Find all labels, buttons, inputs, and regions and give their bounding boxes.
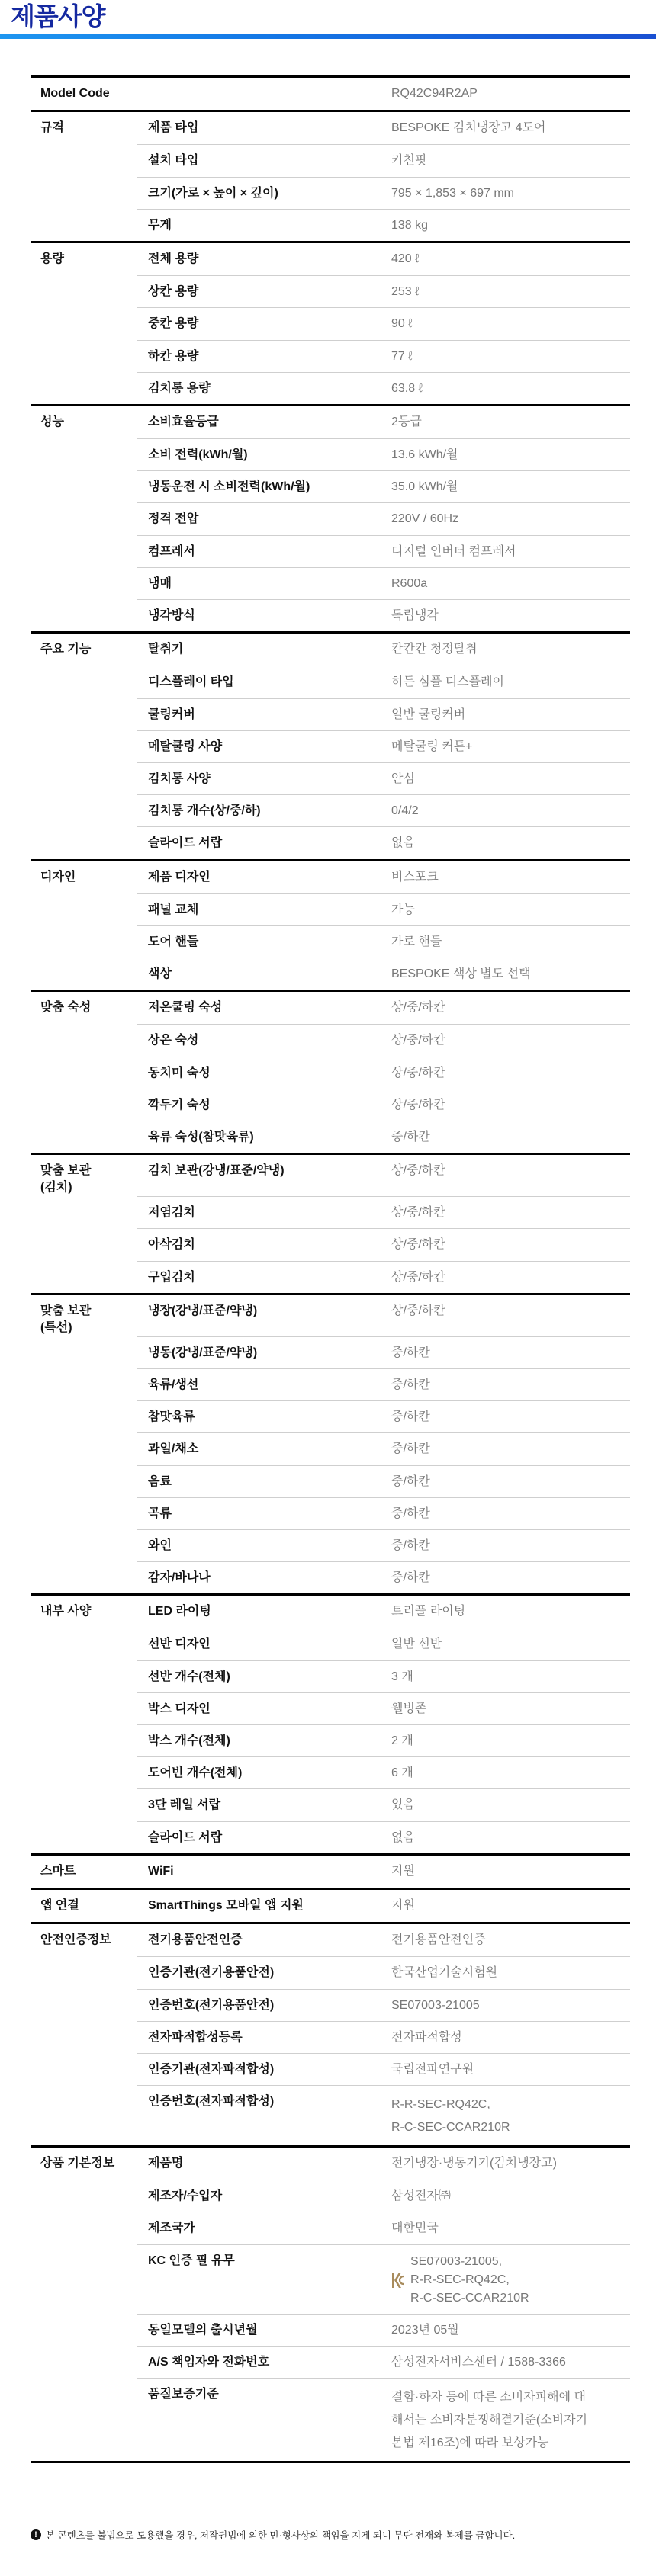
- spec-group: 상품 기본정보제품명전기냉장·냉동기기(김치냉장고)제조자/수입자삼성전자㈜제조…: [31, 2145, 630, 2463]
- page-header: 제품사양: [0, 0, 656, 40]
- spec-row: 육류/생선중/하칸: [31, 1368, 630, 1400]
- spec-group-label: [31, 1336, 137, 1368]
- spec-row: 상온 숙성상/중/하칸: [31, 1024, 630, 1056]
- spec-group-label: [31, 1089, 137, 1121]
- spec-row: 컴프레서디지털 인버터 컴프레서: [31, 535, 630, 567]
- spec-item-value: 795 × 1,853 × 697 mm: [391, 177, 630, 209]
- spec-group-label: [31, 1497, 137, 1529]
- spec-row: 3단 레일 서랍있음: [31, 1788, 630, 1821]
- spec-group-label: [31, 275, 137, 307]
- spec-item-label: KC 인증 필 유무: [137, 2244, 391, 2314]
- spec-row: 소비 전력(kWh/월)13.6 kWh/월: [31, 438, 630, 470]
- spec-item-label: 슬라이드 서랍: [137, 1821, 391, 1853]
- spec-item-label: 컴프레서: [137, 535, 391, 567]
- spec-item-value: 상/중/하칸: [391, 1155, 630, 1196]
- spec-item-value: 디지털 인버터 컴프레서: [391, 535, 630, 567]
- spec-item-label: 저염김치: [137, 1196, 391, 1228]
- spec-group-label: [31, 826, 137, 858]
- spec-item-value: 상/중/하칸: [391, 1196, 630, 1228]
- spec-row: 정격 전압220V / 60Hz: [31, 502, 630, 534]
- spec-item-value: 국립전파연구원: [391, 2053, 630, 2085]
- spec-item-value: 전기냉장·냉동기기(김치냉장고): [391, 2148, 630, 2180]
- spec-item-label: 곡류: [137, 1497, 391, 1529]
- kc-value-text: SE07003-21005, R-R-SEC-RQ42C, R-C-SEC-CC…: [410, 2253, 529, 2308]
- spec-group: 안전인증정보전기용품안전인증전기용품안전인증인증기관(전기용품안전)한국산업기술…: [31, 1922, 630, 2145]
- spec-group-label: 주요 기능: [31, 634, 137, 666]
- spec-item-value: 지원: [391, 1856, 630, 1888]
- spec-group-label: [31, 438, 137, 470]
- spec-group-label: [31, 1561, 137, 1593]
- spec-row: 슬라이드 서랍없음: [31, 1821, 630, 1853]
- spec-group-label: [31, 1261, 137, 1293]
- spec-group-label: [31, 1529, 137, 1561]
- spec-group-label: 안전인증정보: [31, 1924, 137, 1956]
- spec-group-label: [31, 1692, 137, 1724]
- spec-row: 메탈쿨링 사양메탈쿨링 커튼+: [31, 730, 630, 762]
- spec-item-label: 메탈쿨링 사양: [137, 730, 391, 762]
- spec-item-value: 웰빙존: [391, 1692, 630, 1724]
- spec-item-label: 김치통 개수(상/중/하): [137, 794, 391, 826]
- spec-item-label: 품질보증기준: [137, 2378, 391, 2461]
- spec-item-label: 정격 전압: [137, 502, 391, 534]
- spec-row: 인증기관(전기용품안전)한국산업기술시험원: [31, 1956, 630, 1988]
- spec-group-label: [31, 698, 137, 730]
- spec-item-label: 인증기관(전자파적합성): [137, 2053, 391, 2085]
- spec-item-label: 김치통 사양: [137, 762, 391, 794]
- spec-group: 성능소비효율등급2등급소비 전력(kWh/월)13.6 kWh/월냉동운전 시 …: [31, 404, 630, 631]
- spec-item-label: 와인: [137, 1529, 391, 1561]
- spec-item-label: 탈취기: [137, 634, 391, 666]
- spec-item-label: 냉매: [137, 567, 391, 599]
- copyright-notice-text: 본 콘텐츠를 불법으로 도용했을 경우, 저작권법에 의한 민·형사상의 책임을…: [46, 2528, 515, 2542]
- spec-item-value: 중/하칸: [391, 1561, 630, 1593]
- spec-item-value: 비스포크: [391, 861, 630, 893]
- model-code-value: RQ42C94R2AP: [391, 78, 630, 110]
- spec-item-value: 0/4/2: [391, 794, 630, 826]
- spec-group-label: [31, 762, 137, 794]
- spec-group-label: [31, 1024, 137, 1056]
- spec-item-value: 6 개: [391, 1756, 630, 1788]
- spec-group: 맞춤 보관 (김치)김치 보관(강냉/표준/약냉)상/중/하칸저염김치상/중/하…: [31, 1153, 630, 1293]
- spec-row: 디스플레이 타입히든 심플 디스플레이: [31, 666, 630, 698]
- spec-item-value: 안심: [391, 762, 630, 794]
- spec-row: 제조국가대한민국: [31, 2212, 630, 2244]
- spec-row: 도어 핸들가로 핸들: [31, 925, 630, 958]
- spec-item-value: 지원: [391, 1890, 630, 1922]
- spec-item-label: 과일/채소: [137, 1432, 391, 1464]
- spec-item-label: 전기용품안전인증: [137, 1924, 391, 1956]
- spec-group-label: [31, 1956, 137, 1988]
- spec-group-label: 규격: [31, 112, 137, 144]
- spec-item-label: 육류/생선: [137, 1368, 391, 1400]
- spec-item-label: SmartThings 모바일 앱 지원: [137, 1890, 391, 1922]
- spec-row: 김치통 개수(상/중/하)0/4/2: [31, 794, 630, 826]
- spec-row: 깍두기 숙성상/중/하칸: [31, 1089, 630, 1121]
- spec-item-label: 동일모델의 출시년월: [137, 2314, 391, 2346]
- spec-row: 앱 연결SmartThings 모바일 앱 지원지원: [31, 1890, 630, 1922]
- spec-group: 주요 기능탈취기칸칸칸 청정탈취디스플레이 타입히든 심플 디스플레이쿨링커버일…: [31, 631, 630, 858]
- spec-row: 맞춤 보관 (김치)김치 보관(강냉/표준/약냉)상/중/하칸: [31, 1155, 630, 1196]
- spec-item-label: 소비효율등급: [137, 406, 391, 438]
- spec-group-label: 디자인: [31, 861, 137, 893]
- kc-value-wrap: SE07003-21005, R-R-SEC-RQ42C, R-C-SEC-CC…: [391, 2253, 630, 2308]
- spec-item-label: 색상: [137, 958, 391, 990]
- spec-group-label: [31, 1628, 137, 1660]
- spec-group-label: [31, 2021, 137, 2053]
- spec-row: 동일모델의 출시년월2023년 05월: [31, 2314, 630, 2346]
- spec-item-label: 박스 디자인: [137, 1692, 391, 1724]
- spec-item-label: 슬라이드 서랍: [137, 826, 391, 858]
- spec-row: 맞춤 보관 (특선)냉장(강냉/표준/약냉)상/중/하칸: [31, 1295, 630, 1336]
- spec-row: 박스 개수(전체)2 개: [31, 1724, 630, 1756]
- spec-group-label: [31, 925, 137, 958]
- spec-row: 설치 타입키친핏: [31, 144, 630, 176]
- spec-item-value: 일반 쿨링커버: [391, 698, 630, 730]
- spec-item-label: 감자/바나나: [137, 1561, 391, 1593]
- spec-row: 김치통 용량63.8 ℓ: [31, 372, 630, 404]
- spec-group-label: [31, 1368, 137, 1400]
- spec-row: 상품 기본정보제품명전기냉장·냉동기기(김치냉장고): [31, 2148, 630, 2180]
- spec-group-label: [31, 340, 137, 372]
- spec-item-value: 상/중/하칸: [391, 1089, 630, 1121]
- spec-row: 크기(가로 × 높이 × 깊이)795 × 1,853 × 697 mm: [31, 177, 630, 209]
- spec-item-value: 상/중/하칸: [391, 1228, 630, 1260]
- spec-row: 냉동(강냉/표준/약냉)중/하칸: [31, 1336, 630, 1368]
- spec-item-value: 가로 핸들: [391, 925, 630, 958]
- spec-row: 참맛육류중/하칸: [31, 1400, 630, 1432]
- spec-row: 전자파적합성등록전자파적합성: [31, 2021, 630, 2053]
- spec-item-label: 인증번호(전자파적합성): [137, 2085, 391, 2145]
- spec-group-label: [31, 1196, 137, 1228]
- spec-item-value: 삼성전자㈜: [391, 2180, 630, 2212]
- spec-group-label: [31, 2378, 137, 2461]
- spec-row: 성능소비효율등급2등급: [31, 406, 630, 438]
- spec-row: 주요 기능탈취기칸칸칸 청정탈취: [31, 634, 630, 666]
- spec-group-label: [31, 958, 137, 990]
- spec-item-value: 전자파적합성: [391, 2021, 630, 2053]
- spec-item-value: 220V / 60Hz: [391, 502, 630, 534]
- spec-group-label: 용량: [31, 243, 137, 275]
- spec-row: KC 인증 필 유무SE07003-21005, R-R-SEC-RQ42C, …: [31, 2244, 630, 2314]
- spec-item-label: 전체 용량: [137, 243, 391, 275]
- spec-item-value: R-R-SEC-RQ42C, R-C-SEC-CCAR210R: [391, 2085, 630, 2145]
- spec-group-label: 맞춤 보관 (김치): [31, 1155, 137, 1196]
- spec-item-label: 패널 교체: [137, 893, 391, 925]
- spec-item-label: 냉동운전 시 소비전력(kWh/월): [137, 470, 391, 502]
- spec-item-value: 2등급: [391, 406, 630, 438]
- spec-item-value: 있음: [391, 1788, 630, 1821]
- spec-item-value: 대한민국: [391, 2212, 630, 2244]
- spec-row: 인증번호(전기용품안전)SE07003-21005: [31, 1989, 630, 2021]
- spec-item-label: 동치미 숙성: [137, 1057, 391, 1089]
- spec-group: 스마트WiFi지원: [31, 1853, 630, 1888]
- spec-item-value: 138 kg: [391, 209, 630, 241]
- spec-item-label: 소비 전력(kWh/월): [137, 438, 391, 470]
- spec-item-label: 쿨링커버: [137, 698, 391, 730]
- spec-row: 용량전체 용량420 ℓ: [31, 243, 630, 275]
- spec-group-label: [31, 307, 137, 339]
- spec-group-label: [31, 2180, 137, 2212]
- spec-group-label: [31, 2346, 137, 2378]
- spec-item-label: 냉각방식: [137, 599, 391, 631]
- spec-item-value: 상/중/하칸: [391, 1057, 630, 1089]
- spec-item-label: 인증번호(전기용품안전): [137, 1989, 391, 2021]
- spec-row: 아삭김치상/중/하칸: [31, 1228, 630, 1260]
- spec-item-label: 전자파적합성등록: [137, 2021, 391, 2053]
- spec-row: 선반 디자인일반 선반: [31, 1628, 630, 1660]
- spec-item-label: LED 라이팅: [137, 1596, 391, 1628]
- spec-group-label: 내부 사양: [31, 1596, 137, 1628]
- spec-group-label: 성능: [31, 406, 137, 438]
- kc-mark-icon: [391, 2272, 404, 2289]
- spec-item-value: 420 ℓ: [391, 243, 630, 275]
- spec-group-label: [31, 2244, 137, 2314]
- spec-item-value: R600a: [391, 567, 630, 599]
- spec-group-label: [31, 2085, 137, 2145]
- spec-group-label: [31, 2314, 137, 2346]
- spec-item-value: 90 ℓ: [391, 307, 630, 339]
- spec-row: 스마트WiFi지원: [31, 1856, 630, 1888]
- spec-group-label: [31, 1228, 137, 1260]
- spec-item-value: 77 ℓ: [391, 340, 630, 372]
- spec-item-label: 선반 디자인: [137, 1628, 391, 1660]
- spec-group-label: [31, 1989, 137, 2021]
- page-title: 제품사양: [11, 2, 105, 32]
- spec-group-label: [31, 1465, 137, 1497]
- spec-row: 육류 숙성(참맛육류)중/하칸: [31, 1121, 630, 1153]
- spec-item-value: 13.6 kWh/월: [391, 438, 630, 470]
- spec-group-label: 상품 기본정보: [31, 2148, 137, 2180]
- spec-item-label: 음료: [137, 1465, 391, 1497]
- spec-group: 맞춤 보관 (특선)냉장(강냉/표준/약냉)상/중/하칸냉동(강냉/표준/약냉)…: [31, 1293, 630, 1594]
- model-code-label: Model Code: [31, 78, 391, 110]
- spec-group-label: [31, 1432, 137, 1464]
- spec-group: 내부 사양LED 라이팅트리플 라이팅선반 디자인일반 선반선반 개수(전체)3…: [31, 1593, 630, 1853]
- spec-row: 규격제품 타입BESPOKE 김치냉장고 4도어: [31, 112, 630, 144]
- spec-row: 쿨링커버일반 쿨링커버: [31, 698, 630, 730]
- spec-item-label: 하칸 용량: [137, 340, 391, 372]
- spec-item-value: 중/하칸: [391, 1400, 630, 1432]
- spec-row: 색상BESPOKE 색상 별도 선택: [31, 958, 630, 990]
- spec-group-label: [31, 794, 137, 826]
- spec-item-label: WiFi: [137, 1856, 391, 1888]
- spec-group-label: [31, 1057, 137, 1089]
- spec-row: 도어빈 개수(전체)6 개: [31, 1756, 630, 1788]
- spec-item-label: 제품명: [137, 2148, 391, 2180]
- spec-item-value: SE07003-21005: [391, 1989, 630, 2021]
- spec-group-label: [31, 730, 137, 762]
- spec-item-value: 중/하칸: [391, 1529, 630, 1561]
- spec-group: 디자인제품 디자인비스포크패널 교체가능도어 핸들가로 핸들색상BESPOKE …: [31, 859, 630, 990]
- spec-item-value: 트리플 라이팅: [391, 1596, 630, 1628]
- spec-item-label: 김치통 용량: [137, 372, 391, 404]
- spec-item-value: BESPOKE 김치냉장고 4도어: [391, 112, 630, 144]
- spec-item-value: 중/하칸: [391, 1465, 630, 1497]
- spec-item-label: 육류 숙성(참맛육류): [137, 1121, 391, 1153]
- spec-row: 음료중/하칸: [31, 1465, 630, 1497]
- spec-item-label: 제조자/수입자: [137, 2180, 391, 2212]
- spec-row: 냉각방식독립냉각: [31, 599, 630, 631]
- spec-item-label: 제품 디자인: [137, 861, 391, 893]
- spec-item-value: 독립냉각: [391, 599, 630, 631]
- spec-row: 김치통 사양안심: [31, 762, 630, 794]
- spec-row: 중칸 용량90 ℓ: [31, 307, 630, 339]
- spec-group-label: [31, 1756, 137, 1788]
- spec-item-value: 전기용품안전인증: [391, 1924, 630, 1956]
- spec-group-label: [31, 2053, 137, 2085]
- spec-group-label: [31, 1821, 137, 1853]
- spec-row: 냉매R600a: [31, 567, 630, 599]
- spec-row: 동치미 숙성상/중/하칸: [31, 1057, 630, 1089]
- spec-item-value: 중/하칸: [391, 1432, 630, 1464]
- spec-row: 와인중/하칸: [31, 1529, 630, 1561]
- spec-item-value: 삼성전자서비스센터 / 1588-3366: [391, 2346, 630, 2378]
- spec-row: 박스 디자인웰빙존: [31, 1692, 630, 1724]
- spec-item-value: SE07003-21005, R-R-SEC-RQ42C, R-C-SEC-CC…: [391, 2244, 630, 2314]
- exclamation-icon: !: [31, 2529, 41, 2540]
- spec-row: 슬라이드 서랍없음: [31, 826, 630, 858]
- spec-item-value: 중/하칸: [391, 1368, 630, 1400]
- spec-row: 안전인증정보전기용품안전인증전기용품안전인증: [31, 1924, 630, 1956]
- spec-row: 과일/채소중/하칸: [31, 1432, 630, 1464]
- spec-item-label: 디스플레이 타입: [137, 666, 391, 698]
- spec-item-label: 중칸 용량: [137, 307, 391, 339]
- spec-item-label: 상칸 용량: [137, 275, 391, 307]
- spec-group: 용량전체 용량420 ℓ상칸 용량253 ℓ중칸 용량90 ℓ하칸 용량77 ℓ…: [31, 241, 630, 404]
- spec-item-label: 상온 숙성: [137, 1024, 391, 1056]
- spec-group-label: 앱 연결: [31, 1890, 137, 1922]
- spec-item-value: 없음: [391, 826, 630, 858]
- spec-row: 곡류중/하칸: [31, 1497, 630, 1529]
- spec-item-label: 크기(가로 × 높이 × 깊이): [137, 177, 391, 209]
- spec-item-value: 히든 심플 디스플레이: [391, 666, 630, 698]
- spec-item-label: 아삭김치: [137, 1228, 391, 1260]
- spec-group-label: [31, 1660, 137, 1692]
- spec-group-label: 맞춤 보관 (특선): [31, 1295, 137, 1336]
- spec-item-label: 3단 레일 서랍: [137, 1788, 391, 1821]
- spec-item-value: 2023년 05월: [391, 2314, 630, 2346]
- spec-item-label: 참맛육류: [137, 1400, 391, 1432]
- spec-row: A/S 책임자와 전화번호삼성전자서비스센터 / 1588-3366: [31, 2346, 630, 2378]
- spec-item-label: 도어빈 개수(전체): [137, 1756, 391, 1788]
- spec-row: 무게138 kg: [31, 209, 630, 241]
- spec-item-value: 없음: [391, 1821, 630, 1853]
- spec-item-value: 상/중/하칸: [391, 1295, 630, 1336]
- spec-row: 냉동운전 시 소비전력(kWh/월)35.0 kWh/월: [31, 470, 630, 502]
- spec-group-label: 맞춤 숙성: [31, 992, 137, 1024]
- spec-item-label: 무게: [137, 209, 391, 241]
- spec-item-value: 상/중/하칸: [391, 1024, 630, 1056]
- spec-item-value: 상/중/하칸: [391, 1261, 630, 1293]
- spec-row: 품질보증기준결함·하자 등에 따른 소비자피해에 대 해서는 소비자분쟁해결기준…: [31, 2378, 630, 2461]
- spec-row: 구입김치상/중/하칸: [31, 1261, 630, 1293]
- spec-group-label: [31, 470, 137, 502]
- spec-item-value: 일반 선반: [391, 1628, 630, 1660]
- spec-group-label: 스마트: [31, 1856, 137, 1888]
- spec-item-value: 3 개: [391, 1660, 630, 1692]
- spec-item-value: 35.0 kWh/월: [391, 470, 630, 502]
- spec-item-label: 제품 타입: [137, 112, 391, 144]
- spec-row: 패널 교체가능: [31, 893, 630, 925]
- spec-group-label: [31, 209, 137, 241]
- spec-group-label: [31, 1788, 137, 1821]
- spec-item-label: 인증기관(전기용품안전): [137, 1956, 391, 1988]
- spec-group: 규격제품 타입BESPOKE 김치냉장고 4도어설치 타입키친핏크기(가로 × …: [31, 110, 630, 241]
- spec-group-label: [31, 666, 137, 698]
- spec-table: Model Code RQ42C94R2AP 규격제품 타입BESPOKE 김치…: [31, 75, 630, 2463]
- spec-group-label: [31, 567, 137, 599]
- spec-group-label: [31, 177, 137, 209]
- spec-item-label: 깍두기 숙성: [137, 1089, 391, 1121]
- spec-item-value: 중/하칸: [391, 1121, 630, 1153]
- spec-item-label: 김치 보관(강냉/표준/약냉): [137, 1155, 391, 1196]
- spec-group-label: [31, 372, 137, 404]
- spec-item-label: 도어 핸들: [137, 925, 391, 958]
- spec-row: 감자/바나나중/하칸: [31, 1561, 630, 1593]
- spec-item-value: 중/하칸: [391, 1336, 630, 1368]
- spec-item-value: 상/중/하칸: [391, 992, 630, 1024]
- copyright-notice: ! 본 콘텐츠를 불법으로 도용했을 경우, 저작권법에 의한 민·형사상의 책…: [31, 2528, 515, 2542]
- spec-item-label: 선반 개수(전체): [137, 1660, 391, 1692]
- spec-group-model: Model Code RQ42C94R2AP: [31, 75, 630, 110]
- spec-item-value: 2 개: [391, 1724, 630, 1756]
- spec-item-label: 구입김치: [137, 1261, 391, 1293]
- spec-group-label: [31, 1400, 137, 1432]
- spec-row: 내부 사양LED 라이팅트리플 라이팅: [31, 1596, 630, 1628]
- spec-item-value: 한국산업기술시험원: [391, 1956, 630, 1988]
- spec-group-label: [31, 502, 137, 534]
- spec-item-value: 칸칸칸 청정탈취: [391, 634, 630, 666]
- spec-group-label: [31, 1724, 137, 1756]
- spec-row-model-code: Model Code RQ42C94R2AP: [31, 78, 630, 110]
- spec-item-label: 저온쿨링 숙성: [137, 992, 391, 1024]
- spec-row: 맞춤 숙성저온쿨링 숙성상/중/하칸: [31, 992, 630, 1024]
- spec-row: 선반 개수(전체)3 개: [31, 1660, 630, 1692]
- spec-group-label: [31, 1121, 137, 1153]
- spec-row: 상칸 용량253 ℓ: [31, 275, 630, 307]
- spec-item-label: 냉동(강냉/표준/약냉): [137, 1336, 391, 1368]
- spec-item-value: 253 ℓ: [391, 275, 630, 307]
- spec-group-label: [31, 535, 137, 567]
- spec-item-label: 제조국가: [137, 2212, 391, 2244]
- spec-group-label: [31, 2212, 137, 2244]
- title-divider: [0, 34, 656, 39]
- spec-item-label: A/S 책임자와 전화번호: [137, 2346, 391, 2378]
- spec-group-label: [31, 893, 137, 925]
- spec-item-value: 키친핏: [391, 144, 630, 176]
- spec-group: 맞춤 숙성저온쿨링 숙성상/중/하칸상온 숙성상/중/하칸동치미 숙성상/중/하…: [31, 990, 630, 1153]
- spec-group: 앱 연결SmartThings 모바일 앱 지원지원: [31, 1888, 630, 1922]
- spec-group-label: [31, 599, 137, 631]
- spec-item-value: 중/하칸: [391, 1497, 630, 1529]
- spec-row: 인증번호(전자파적합성)R-R-SEC-RQ42C, R-C-SEC-CCAR2…: [31, 2085, 630, 2145]
- spec-group-label: [31, 144, 137, 176]
- spec-item-value: 가능: [391, 893, 630, 925]
- spec-item-label: 냉장(강냉/표준/약냉): [137, 1295, 391, 1336]
- spec-item-label: 박스 개수(전체): [137, 1724, 391, 1756]
- spec-row: 디자인제품 디자인비스포크: [31, 861, 630, 893]
- spec-row: 하칸 용량77 ℓ: [31, 340, 630, 372]
- spec-row: 저염김치상/중/하칸: [31, 1196, 630, 1228]
- spec-item-value: 63.8 ℓ: [391, 372, 630, 404]
- spec-item-value: 메탈쿨링 커튼+: [391, 730, 630, 762]
- spec-item-label: 설치 타입: [137, 144, 391, 176]
- spec-row: 인증기관(전자파적합성)국립전파연구원: [31, 2053, 630, 2085]
- spec-item-value: 결함·하자 등에 따른 소비자피해에 대 해서는 소비자분쟁해결기준(소비자기 …: [391, 2378, 630, 2461]
- spec-item-value: BESPOKE 색상 별도 선택: [391, 958, 630, 990]
- spec-row: 제조자/수입자삼성전자㈜: [31, 2180, 630, 2212]
